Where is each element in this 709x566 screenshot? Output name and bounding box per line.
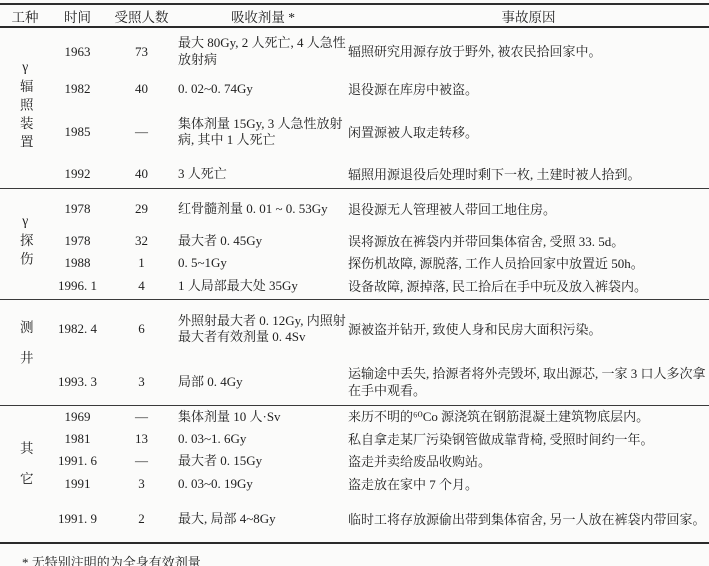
cell-cause: 误将源放在裤袋内并带回集体宿舍, 受照 33. 5d。 [348, 230, 709, 252]
cell-count: — [105, 103, 178, 161]
table-row: γ探伤 1978 29 红骨髓剂量 0. 01 ~ 0. 53Gy 退役源无人管… [0, 188, 709, 230]
table-row: 1992 40 3 人死亡 辐照用源退役后处理时剩下一枚, 土建时被人拾到。 [0, 161, 709, 188]
cell-time: 1992 [50, 161, 105, 188]
cell-count: 40 [105, 75, 178, 103]
col-header-jobtype: 工种 [0, 4, 50, 27]
cell-dose: 最大者 0. 45Gy [178, 230, 348, 252]
cell-cause: 退役源在库房中被盗。 [348, 75, 709, 103]
cell-cause: 闲置源被人取走转移。 [348, 103, 709, 161]
cell-dose: 局部 0. 4Gy [178, 359, 348, 405]
cell-dose: 0. 02~0. 74Gy [178, 75, 348, 103]
col-header-time: 时间 [50, 4, 105, 27]
cell-dose: 0. 5~1Gy [178, 252, 348, 274]
jobtype-cell: γ辐照装置 [0, 27, 50, 188]
cell-count: — [105, 405, 178, 428]
cell-dose: 0. 03~1. 6Gy [178, 428, 348, 450]
cell-time: 1981 [50, 428, 105, 450]
table-row: 1991. 6 — 最大者 0. 15Gy 盗走并卖给废品收购站。 [0, 450, 709, 472]
cell-count: 1 [105, 252, 178, 274]
table-footnote: * 无特别注明的为全身有效剂量 [0, 544, 709, 566]
cell-count: 40 [105, 161, 178, 188]
table-row: 1996. 1 4 1 人局部最大处 35Gy 设备故障, 源掉落, 民工拾后在… [0, 274, 709, 299]
cell-dose: 最大, 局部 4~8Gy [178, 496, 348, 543]
cell-count: 73 [105, 27, 178, 75]
table-row: γ辐照装置 1963 73 最大 80Gy, 2 人死亡, 4 人急性放射病 辐… [0, 27, 709, 75]
cell-time: 1982. 4 [50, 299, 105, 359]
radiation-accident-table: 工种 时间 受照人数 吸收剂量 * 事故原因 γ辐照装置 1963 73 最大 … [0, 3, 709, 544]
cell-count: 29 [105, 188, 178, 230]
jobtype-cell: 测井 [0, 299, 50, 405]
table-row: 1988 1 0. 5~1Gy 探伤机故障, 源脱落, 工作人员拾回家中放置近 … [0, 252, 709, 274]
scanned-table-page: 工种 时间 受照人数 吸收剂量 * 事故原因 γ辐照装置 1963 73 最大 … [0, 0, 709, 566]
cell-count: 13 [105, 428, 178, 450]
cell-cause: 临时工将存放源偷出带到集体宿舍, 另一人放在裤袋内带回家。 [348, 496, 709, 543]
cell-count: 3 [105, 472, 178, 496]
table-row: 1991 3 0. 03~0. 19Gy 盗走放在家中 7 个月。 [0, 472, 709, 496]
cell-time: 1982 [50, 75, 105, 103]
cell-dose: 最大者 0. 15Gy [178, 450, 348, 472]
cell-time: 1985 [50, 103, 105, 161]
cell-count: 4 [105, 274, 178, 299]
cell-cause: 辐照研究用源存放于野外, 被农民拾回家中。 [348, 27, 709, 75]
cell-cause: 探伤机故障, 源脱落, 工作人员拾回家中放置近 50h。 [348, 252, 709, 274]
table-row: 其它 1969 — 集体剂量 10 人·Sv 来历不明的⁶⁰Co 源浇筑在钢筋混… [0, 405, 709, 428]
cell-dose: 集体剂量 10 人·Sv [178, 405, 348, 428]
cell-time: 1991. 6 [50, 450, 105, 472]
cell-dose: 红骨髓剂量 0. 01 ~ 0. 53Gy [178, 188, 348, 230]
cell-cause: 来历不明的⁶⁰Co 源浇筑在钢筋混凝土建筑物底层内。 [348, 405, 709, 428]
cell-time: 1978 [50, 230, 105, 252]
cell-time: 1978 [50, 188, 105, 230]
jobtype-cell: 其它 [0, 405, 50, 543]
cell-count: — [105, 450, 178, 472]
table-row: 测井 1982. 4 6 外照射最大者 0. 12Gy, 内照射最大者有效剂量 … [0, 299, 709, 359]
cell-dose: 3 人死亡 [178, 161, 348, 188]
col-header-cause: 事故原因 [348, 4, 709, 27]
cell-cause: 辐照用源退役后处理时剩下一枚, 土建时被人拾到。 [348, 161, 709, 188]
header-row: 工种 时间 受照人数 吸收剂量 * 事故原因 [0, 4, 709, 27]
jobtype-label: 其它 [18, 441, 32, 502]
jobtype-label: γ辐照装置 [18, 59, 32, 153]
table-row: 1978 32 最大者 0. 45Gy 误将源放在裤袋内并带回集体宿舍, 受照 … [0, 230, 709, 252]
jobtype-cell: γ探伤 [0, 188, 50, 299]
cell-count: 6 [105, 299, 178, 359]
cell-time: 1963 [50, 27, 105, 75]
cell-dose: 外照射最大者 0. 12Gy, 内照射最大者有效剂量 0. 4Sv [178, 299, 348, 359]
cell-dose: 最大 80Gy, 2 人死亡, 4 人急性放射病 [178, 27, 348, 75]
cell-cause: 私自拿走某厂污染钢管做成靠背椅, 受照时间约一年。 [348, 428, 709, 450]
cell-time: 1991. 9 [50, 496, 105, 543]
table-row: 1985 — 集体剂量 15Gy, 3 人急性放射病, 其中 1 人死亡 闲置源… [0, 103, 709, 161]
col-header-dose: 吸收剂量 * [178, 4, 348, 27]
cell-time: 1996. 1 [50, 274, 105, 299]
jobtype-label: 测井 [18, 320, 32, 381]
cell-cause: 设备故障, 源掉落, 民工拾后在手中玩及放入裤袋内。 [348, 274, 709, 299]
cell-cause: 退役源无人管理被人带回工地住房。 [348, 188, 709, 230]
cell-time: 1991 [50, 472, 105, 496]
jobtype-label: γ探伤 [18, 213, 32, 270]
cell-count: 32 [105, 230, 178, 252]
table-row: 1993. 3 3 局部 0. 4Gy 运输途中丢失, 拾源者将外壳毁坏, 取出… [0, 359, 709, 405]
col-header-count: 受照人数 [105, 4, 178, 27]
cell-time: 1988 [50, 252, 105, 274]
cell-cause: 盗走放在家中 7 个月。 [348, 472, 709, 496]
cell-time: 1993. 3 [50, 359, 105, 405]
cell-cause: 源被盗并钻开, 致使人身和民房大面积污染。 [348, 299, 709, 359]
cell-dose: 1 人局部最大处 35Gy [178, 274, 348, 299]
cell-time: 1969 [50, 405, 105, 428]
cell-cause: 盗走并卖给废品收购站。 [348, 450, 709, 472]
table-row: 1991. 9 2 最大, 局部 4~8Gy 临时工将存放源偷出带到集体宿舍, … [0, 496, 709, 543]
cell-cause: 运输途中丢失, 拾源者将外壳毁坏, 取出源芯, 一家 3 口人多次拿在手中观看。 [348, 359, 709, 405]
table-row: 1981 13 0. 03~1. 6Gy 私自拿走某厂污染钢管做成靠背椅, 受照… [0, 428, 709, 450]
cell-dose: 0. 03~0. 19Gy [178, 472, 348, 496]
cell-count: 2 [105, 496, 178, 543]
cell-count: 3 [105, 359, 178, 405]
cell-dose: 集体剂量 15Gy, 3 人急性放射病, 其中 1 人死亡 [178, 103, 348, 161]
table-row: 1982 40 0. 02~0. 74Gy 退役源在库房中被盗。 [0, 75, 709, 103]
